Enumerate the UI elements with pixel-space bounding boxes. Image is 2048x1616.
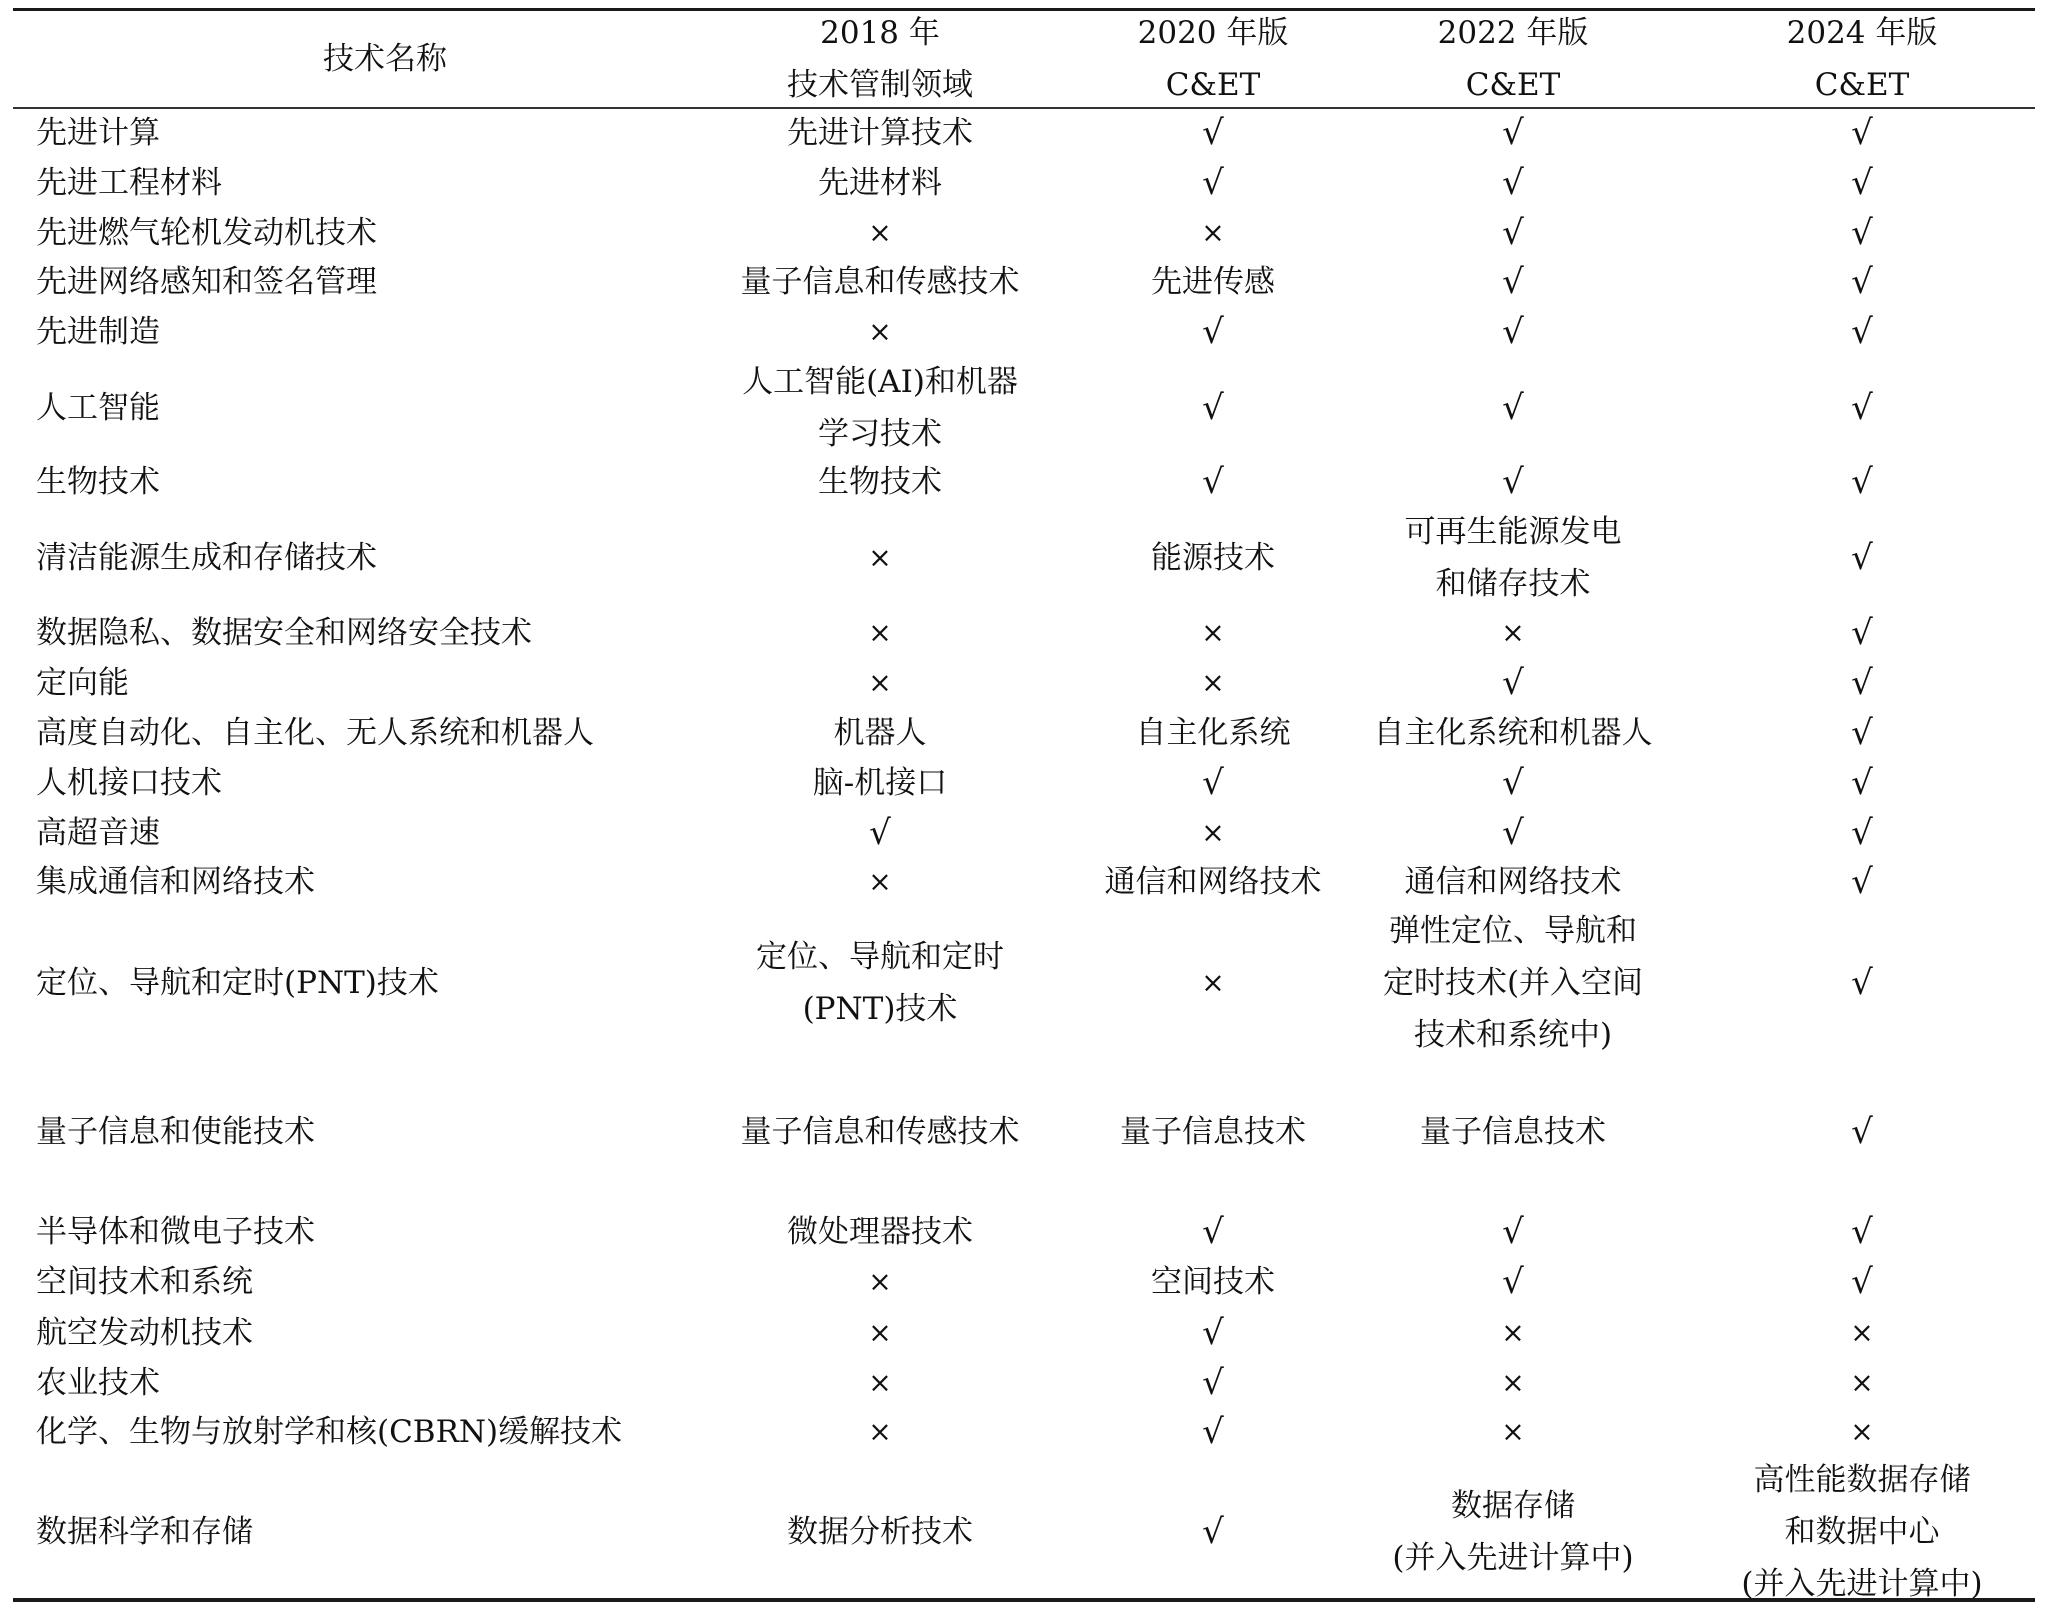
y2018-cell: × [868, 1307, 891, 1359]
y2018-cell: 量子信息和传感技术 [741, 1106, 1020, 1158]
y2020-cell: 量子信息技术 [1120, 1106, 1306, 1158]
check-mark-icon: √ [1851, 657, 1873, 709]
cell-text: 微处理器技术 [787, 1206, 973, 1258]
cell-text: 和储存技术 [1405, 558, 1622, 610]
y2018-cell: × [868, 1357, 891, 1409]
y2024-cell: √ [1851, 157, 1873, 209]
check-mark-icon: √ [1502, 657, 1524, 709]
y2020-cell: 空间技术 [1151, 1256, 1275, 1308]
y2022-cell: 弹性定位、导航和定时技术(并入空间技术和系统中) [1383, 905, 1643, 1061]
y2022-cell: × [1501, 1357, 1524, 1409]
check-mark-icon: √ [1502, 107, 1524, 159]
y2022-cell: √ [1502, 207, 1524, 259]
check-mark-icon: √ [1851, 157, 1873, 209]
check-mark-icon: √ [1851, 607, 1873, 659]
cross-mark-icon: × [1501, 607, 1524, 659]
y2024-cell: √ [1851, 957, 1873, 1009]
y2020-cell: × [1201, 807, 1224, 859]
tech-name-cell: 空间技术和系统 [36, 1256, 253, 1308]
y2020-cell: × [1201, 657, 1224, 709]
y2018-cell: × [868, 1406, 891, 1458]
cell-text: 能源技术 [1151, 532, 1275, 584]
header-2024: 2024 年版 C&ET [1787, 7, 1938, 111]
check-mark-icon: √ [1202, 456, 1224, 508]
cell-text: 量子信息技术 [1120, 1106, 1306, 1158]
check-mark-icon: √ [1851, 757, 1873, 809]
y2024-cell: √ [1851, 382, 1873, 434]
y2018-cell: 定位、导航和定时(PNT)技术 [756, 931, 1004, 1035]
cross-mark-icon: × [1501, 1357, 1524, 1409]
y2018-cell: √ [869, 807, 891, 859]
cell-text: 脑-机接口 [813, 757, 947, 809]
cell-text: 数据分析技术 [787, 1506, 973, 1558]
cell-text: 数据存储 [1392, 1480, 1633, 1532]
cross-mark-icon: × [868, 306, 891, 358]
y2024-cell: √ [1851, 1106, 1873, 1158]
header-label: 2018 年 [787, 7, 973, 59]
cross-mark-icon: × [868, 532, 891, 584]
cross-mark-icon: × [1850, 1307, 1873, 1359]
tech-name-cell: 量子信息和使能技术 [36, 1106, 315, 1158]
cross-mark-icon: × [868, 1406, 891, 1458]
y2020-cell: √ [1202, 1506, 1224, 1558]
y2022-cell: 数据存储(并入先进计算中) [1392, 1480, 1633, 1584]
y2022-cell: √ [1502, 757, 1524, 809]
y2018-cell: × [868, 306, 891, 358]
header-sublabel: C&ET [1787, 59, 1938, 111]
tech-name-cell: 数据隐私、数据安全和网络安全技术 [36, 607, 532, 659]
y2018-cell: 机器人 [834, 707, 927, 759]
y2024-cell: × [1850, 1357, 1873, 1409]
cell-text: 通信和网络技术 [1405, 856, 1622, 908]
check-mark-icon: √ [1202, 306, 1224, 358]
cross-mark-icon: × [1201, 807, 1224, 859]
y2022-cell: √ [1502, 256, 1524, 308]
check-mark-icon: √ [1502, 456, 1524, 508]
tech-name-cell: 先进网络感知和签名管理 [36, 256, 377, 308]
tech-name-cell: 化学、生物与放射学和核(CBRN)缓解技术 [36, 1406, 622, 1458]
cell-text: 和数据中心 [1741, 1506, 1982, 1558]
y2024-cell: √ [1851, 256, 1873, 308]
y2020-cell: 先进传感 [1151, 256, 1275, 308]
tech-name-cell: 先进工程材料 [36, 157, 222, 209]
cell-text: (PNT)技术 [756, 983, 1004, 1035]
y2022-cell: 量子信息技术 [1420, 1106, 1606, 1158]
header-sublabel: 技术管制领域 [787, 59, 973, 111]
cell-text: 定位、导航和定时 [756, 931, 1004, 983]
header-sublabel: C&ET [1438, 59, 1589, 111]
header-rule [13, 107, 2035, 109]
y2022-cell: √ [1502, 107, 1524, 159]
check-mark-icon: √ [1851, 256, 1873, 308]
check-mark-icon: √ [1202, 1357, 1224, 1409]
header-label: 2020 年版 [1138, 7, 1289, 59]
cell-text: 可再生能源发电 [1405, 506, 1622, 558]
check-mark-icon: √ [1851, 456, 1873, 508]
y2018-cell: × [868, 207, 891, 259]
cell-text: 量子信息和传感技术 [741, 256, 1020, 308]
cross-mark-icon: × [1501, 1406, 1524, 1458]
check-mark-icon: √ [1202, 1206, 1224, 1258]
y2018-cell: 量子信息和传感技术 [741, 256, 1020, 308]
y2020-cell: √ [1202, 757, 1224, 809]
top-rule [13, 8, 2035, 11]
cell-text: 学习技术 [742, 408, 1018, 460]
cross-mark-icon: × [1201, 657, 1224, 709]
y2020-cell: 能源技术 [1151, 532, 1275, 584]
check-mark-icon: √ [869, 807, 891, 859]
cross-mark-icon: × [1850, 1357, 1873, 1409]
y2020-cell: × [1201, 607, 1224, 659]
check-mark-icon: √ [1202, 157, 1224, 209]
tech-name-cell: 先进燃气轮机发动机技术 [36, 207, 377, 259]
y2020-cell: √ [1202, 1206, 1224, 1258]
cross-mark-icon: × [868, 657, 891, 709]
tech-name-cell: 先进计算 [36, 107, 160, 159]
y2018-cell: 人工智能(AI)和机器学习技术 [742, 356, 1018, 460]
cell-text: 人工智能(AI)和机器 [742, 356, 1018, 408]
y2022-cell: √ [1502, 306, 1524, 358]
y2022-cell: √ [1502, 382, 1524, 434]
cell-text: 生物技术 [818, 456, 942, 508]
y2020-cell: √ [1202, 1357, 1224, 1409]
y2024-cell: √ [1851, 207, 1873, 259]
cell-text: 先进传感 [1151, 256, 1275, 308]
header-label: 2024 年版 [1787, 7, 1938, 59]
tech-name-cell: 先进制造 [36, 306, 160, 358]
y2022-cell: 通信和网络技术 [1405, 856, 1622, 908]
cross-mark-icon: × [1201, 207, 1224, 259]
y2022-cell: × [1501, 607, 1524, 659]
y2018-cell: × [868, 856, 891, 908]
tech-name-cell: 定位、导航和定时(PNT)技术 [36, 957, 439, 1009]
y2020-cell: 自主化系统 [1136, 707, 1291, 759]
tech-name-cell: 高度自动化、自主化、无人系统和机器人 [36, 707, 594, 759]
y2024-cell: √ [1851, 607, 1873, 659]
check-mark-icon: √ [1502, 207, 1524, 259]
tech-name-cell: 数据科学和存储 [36, 1506, 253, 1558]
header-2022: 2022 年版 C&ET [1438, 7, 1589, 111]
y2024-cell: √ [1851, 306, 1873, 358]
y2020-cell: × [1201, 957, 1224, 1009]
y2020-cell: 通信和网络技术 [1105, 856, 1322, 908]
y2020-cell: × [1201, 207, 1224, 259]
header-label: 技术名称 [323, 33, 447, 85]
cell-text: 空间技术 [1151, 1256, 1275, 1308]
y2024-cell: √ [1851, 1256, 1873, 1308]
y2024-cell: √ [1851, 856, 1873, 908]
y2018-cell: 生物技术 [818, 456, 942, 508]
y2020-cell: √ [1202, 107, 1224, 159]
y2018-cell: × [868, 1256, 891, 1308]
cross-mark-icon: × [1201, 957, 1224, 1009]
y2024-cell: √ [1851, 757, 1873, 809]
check-mark-icon: √ [1851, 856, 1873, 908]
cross-mark-icon: × [1501, 1307, 1524, 1359]
cell-text: (并入先进计算中) [1392, 1532, 1633, 1584]
header-2020: 2020 年版 C&ET [1138, 7, 1289, 111]
check-mark-icon: √ [1502, 382, 1524, 434]
cell-text: 定时技术(并入空间 [1383, 957, 1643, 1009]
header-label: 2022 年版 [1438, 7, 1589, 59]
cell-text: (并入先进计算中) [1741, 1558, 1982, 1610]
y2018-cell: 先进计算技术 [787, 107, 973, 159]
check-mark-icon: √ [1851, 1106, 1873, 1158]
tech-name-cell: 生物技术 [36, 456, 160, 508]
check-mark-icon: √ [1202, 1406, 1224, 1458]
cross-mark-icon: × [868, 1307, 891, 1359]
y2024-cell: √ [1851, 1206, 1873, 1258]
y2018-cell: × [868, 532, 891, 584]
y2022-cell: √ [1502, 657, 1524, 709]
check-mark-icon: √ [1202, 757, 1224, 809]
cell-text: 自主化系统和机器人 [1374, 707, 1653, 759]
y2022-cell: 自主化系统和机器人 [1374, 707, 1653, 759]
y2024-cell: × [1850, 1406, 1873, 1458]
tech-name-cell: 定向能 [36, 657, 129, 709]
cell-text: 高性能数据存储 [1741, 1454, 1982, 1506]
check-mark-icon: √ [1502, 1206, 1524, 1258]
cross-mark-icon: × [1201, 607, 1224, 659]
y2020-cell: √ [1202, 382, 1224, 434]
y2018-cell: × [868, 657, 891, 709]
cell-text: 机器人 [834, 707, 927, 759]
check-mark-icon: √ [1851, 1256, 1873, 1308]
y2024-cell: √ [1851, 532, 1873, 584]
y2020-cell: √ [1202, 1307, 1224, 1359]
check-mark-icon: √ [1502, 1256, 1524, 1308]
tech-name-cell: 农业技术 [36, 1357, 160, 1409]
y2020-cell: √ [1202, 1406, 1224, 1458]
check-mark-icon: √ [1502, 256, 1524, 308]
y2020-cell: √ [1202, 157, 1224, 209]
y2024-cell: 高性能数据存储和数据中心(并入先进计算中) [1741, 1454, 1982, 1610]
cell-text: 先进计算技术 [787, 107, 973, 159]
check-mark-icon: √ [1851, 1206, 1873, 1258]
cell-text: 量子信息和传感技术 [741, 1106, 1020, 1158]
y2024-cell: √ [1851, 707, 1873, 759]
tech-name-cell: 人机接口技术 [36, 757, 222, 809]
tech-name-cell: 航空发动机技术 [36, 1307, 253, 1359]
tech-name-cell: 集成通信和网络技术 [36, 856, 315, 908]
y2020-cell: √ [1202, 456, 1224, 508]
y2022-cell: √ [1502, 456, 1524, 508]
cross-mark-icon: × [868, 207, 891, 259]
y2018-cell: 脑-机接口 [813, 757, 947, 809]
cross-mark-icon: × [1850, 1406, 1873, 1458]
bottom-rule [13, 1598, 2035, 1602]
check-mark-icon: √ [1202, 107, 1224, 159]
check-mark-icon: √ [1851, 707, 1873, 759]
tech-name-cell: 半导体和微电子技术 [36, 1206, 315, 1258]
cell-text: 自主化系统 [1136, 707, 1291, 759]
tech-name-cell: 高超音速 [36, 807, 160, 859]
cell-text: 弹性定位、导航和 [1383, 905, 1643, 957]
y2022-cell: × [1501, 1307, 1524, 1359]
y2024-cell: × [1850, 1307, 1873, 1359]
y2022-cell: √ [1502, 157, 1524, 209]
check-mark-icon: √ [1202, 1506, 1224, 1558]
cell-text: 先进材料 [818, 157, 942, 209]
y2022-cell: 可再生能源发电和储存技术 [1405, 506, 1622, 610]
y2024-cell: √ [1851, 807, 1873, 859]
y2018-cell: 数据分析技术 [787, 1506, 973, 1558]
check-mark-icon: √ [1851, 807, 1873, 859]
cell-text: 量子信息技术 [1420, 1106, 1606, 1158]
y2018-cell: 先进材料 [818, 157, 942, 209]
cell-text: 通信和网络技术 [1105, 856, 1322, 908]
check-mark-icon: √ [1851, 306, 1873, 358]
header-sublabel: C&ET [1138, 59, 1289, 111]
cross-mark-icon: × [868, 1357, 891, 1409]
tech-name-cell: 清洁能源生成和存储技术 [36, 532, 377, 584]
cross-mark-icon: × [868, 1256, 891, 1308]
check-mark-icon: √ [1851, 207, 1873, 259]
check-mark-icon: √ [1502, 306, 1524, 358]
tech-name-cell: 人工智能 [36, 382, 160, 434]
y2024-cell: √ [1851, 107, 1873, 159]
cross-mark-icon: × [868, 607, 891, 659]
header-tech-name: 技术名称 [323, 33, 447, 85]
y2022-cell: × [1501, 1406, 1524, 1458]
check-mark-icon: √ [1202, 1307, 1224, 1359]
check-mark-icon: √ [1851, 382, 1873, 434]
check-mark-icon: √ [1851, 532, 1873, 584]
check-mark-icon: √ [1502, 757, 1524, 809]
y2022-cell: √ [1502, 1256, 1524, 1308]
y2018-cell: 微处理器技术 [787, 1206, 973, 1258]
check-mark-icon: √ [1202, 382, 1224, 434]
y2018-cell: × [868, 607, 891, 659]
cell-text: 技术和系统中) [1383, 1009, 1643, 1061]
check-mark-icon: √ [1502, 157, 1524, 209]
y2024-cell: √ [1851, 456, 1873, 508]
check-mark-icon: √ [1851, 107, 1873, 159]
y2022-cell: √ [1502, 1206, 1524, 1258]
y2024-cell: √ [1851, 657, 1873, 709]
header-2018: 2018 年 技术管制领域 [787, 7, 973, 111]
cross-mark-icon: × [868, 856, 891, 908]
check-mark-icon: √ [1851, 957, 1873, 1009]
y2020-cell: √ [1202, 306, 1224, 358]
y2022-cell: √ [1502, 807, 1524, 859]
check-mark-icon: √ [1502, 807, 1524, 859]
